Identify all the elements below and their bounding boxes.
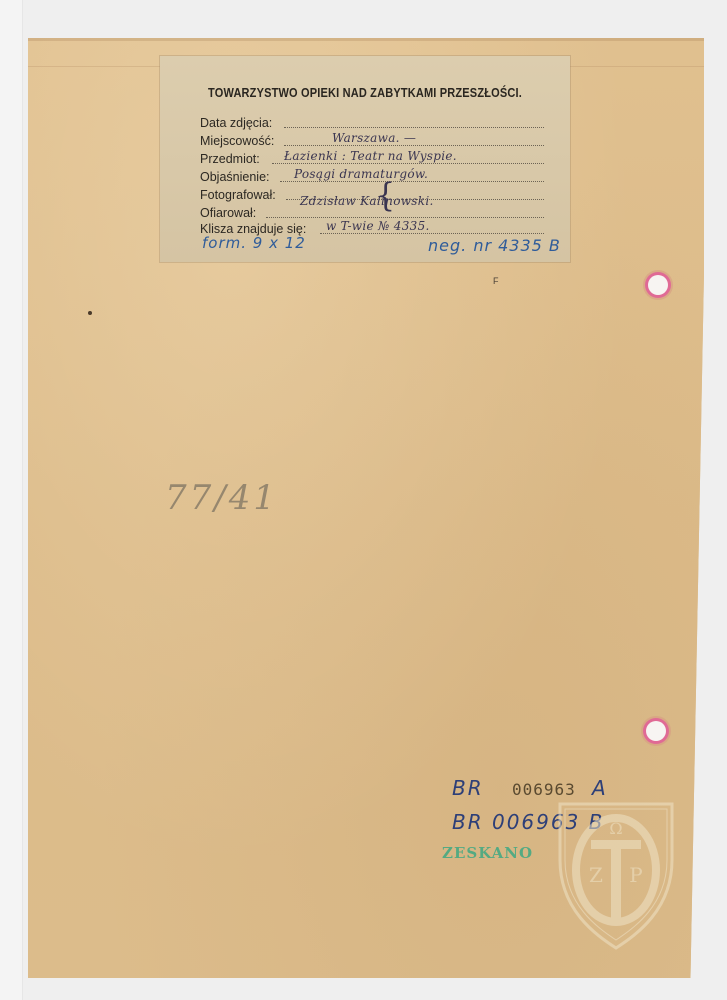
label-title: TOWARZYSTWO OPIEKI NAD ZABYTKAMI PRZESZŁ… xyxy=(185,86,546,100)
inventory-suffix-a: A xyxy=(592,776,608,800)
field-value: Warszawa. — xyxy=(332,131,416,145)
dotted-line xyxy=(320,233,544,234)
paper-speck xyxy=(88,311,92,315)
field-place: Miejscowość: Warszawa. — xyxy=(200,134,540,150)
dotted-line xyxy=(284,127,544,128)
inventory-prefix-a: BR xyxy=(452,776,484,800)
punch-hole-bottom xyxy=(646,721,666,741)
field-key: Ofiarował: xyxy=(200,206,256,220)
dotted-line xyxy=(266,217,544,218)
dotted-line xyxy=(284,145,544,146)
shield-logo-watermark: Ω Z P xyxy=(556,800,676,950)
field-photographer: Fotografował: Zdzisław Kalinowski. xyxy=(200,188,540,204)
small-mark: F xyxy=(493,276,499,286)
svg-text:Ω: Ω xyxy=(609,819,622,838)
dotted-line xyxy=(280,181,544,182)
field-key: Przedmiot: xyxy=(200,152,260,166)
field-value: Posągi dramaturgów. xyxy=(294,167,428,181)
svg-text:P: P xyxy=(629,863,642,887)
info-label: TOWARZYSTWO OPIEKI NAD ZABYTKAMI PRZESZŁ… xyxy=(160,56,570,262)
brace-mark: { xyxy=(376,176,395,215)
format-note: form. 9 x 12 xyxy=(202,234,306,252)
field-key: Miejscowość: xyxy=(200,134,274,148)
field-key: Objaśnienie: xyxy=(200,170,270,184)
pencil-annotation: 77/41 xyxy=(165,478,278,518)
scanner-margin xyxy=(0,0,23,1000)
inventory-stamp-number: 006963 xyxy=(512,780,576,799)
card-top-edge xyxy=(28,38,704,41)
field-key: Fotografował: xyxy=(200,188,276,202)
field-date: Data zdjęcia: xyxy=(200,116,540,132)
field-value: Łazienki : Teatr na Wyspie. xyxy=(284,149,457,163)
scanned-stamp: ZESKANO xyxy=(442,844,533,862)
negative-number-note: neg. nr 4335 B xyxy=(428,236,561,255)
field-subject: Przedmiot: Łazienki : Teatr na Wyspie. xyxy=(200,152,540,168)
punch-hole-top xyxy=(648,275,668,295)
field-description: Objaśnienie: Posągi dramaturgów. xyxy=(200,170,540,186)
field-key: Data zdjęcia: xyxy=(200,116,272,130)
field-value: w T-wie № 4335. xyxy=(326,219,430,233)
svg-text:Z: Z xyxy=(589,863,603,887)
dotted-line xyxy=(272,163,544,164)
